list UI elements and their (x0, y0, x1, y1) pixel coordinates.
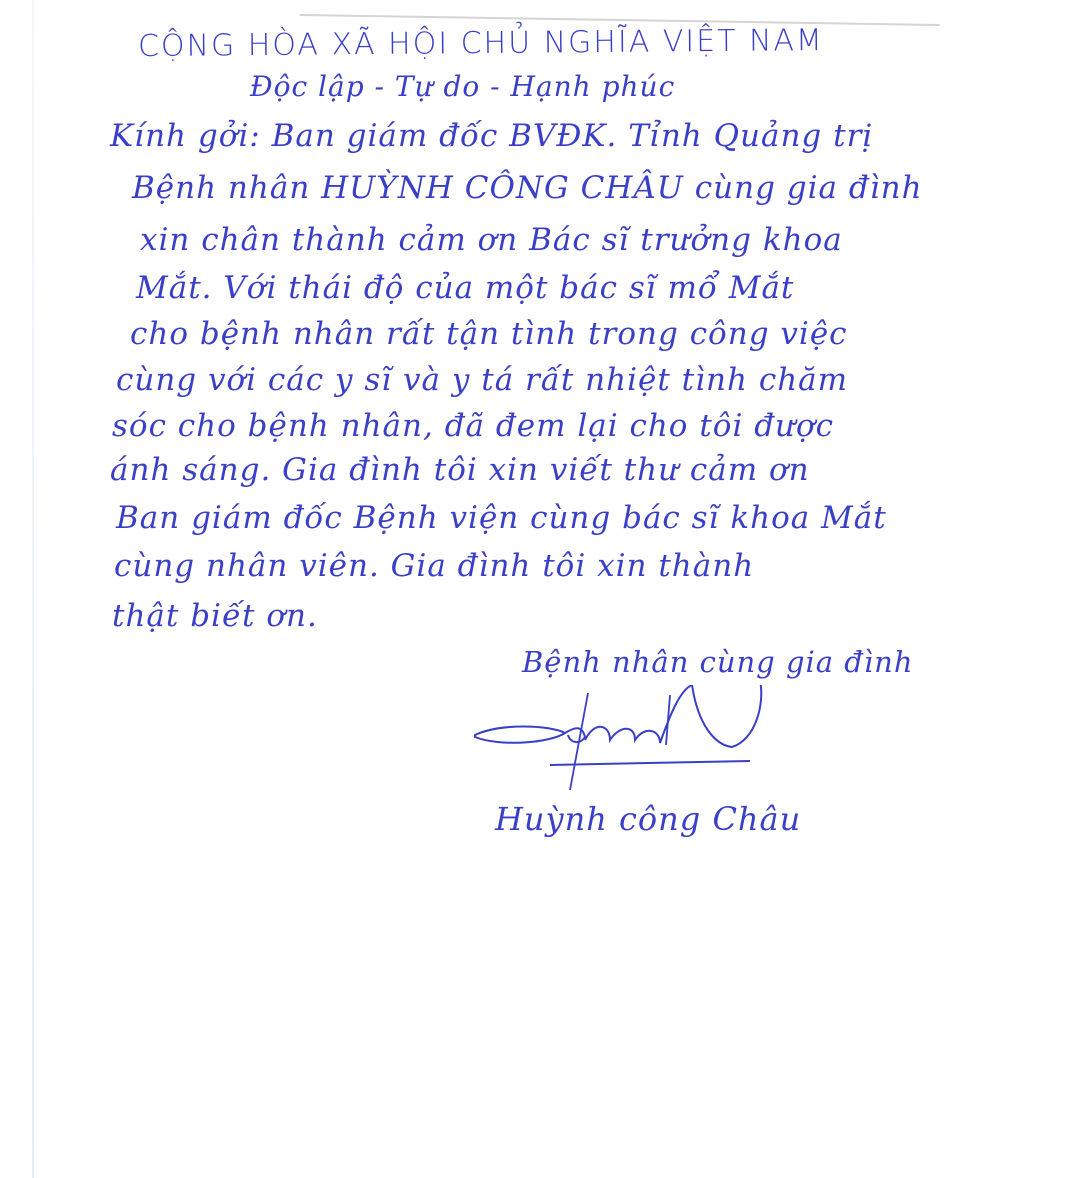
closing-line: Bệnh nhân cùng gia đình (522, 645, 914, 679)
signature-scribble (470, 685, 770, 795)
salutation: Kính gởi: Ban giám đốc BVĐK. Tỉnh Quảng … (110, 118, 873, 154)
body-line: sóc cho bệnh nhân, đã đem lại cho tôi đư… (112, 408, 834, 444)
national-motto: Độc lập - Tự do - Hạnh phúc (250, 70, 675, 103)
body-line: cùng với các y sĩ và y tá rất nhiệt tình… (116, 362, 848, 398)
body-line: xin chân thành cảm ơn Bác sĩ trưởng khoa (140, 222, 843, 258)
body-line: cùng nhân viên. Gia đình tôi xin thành (114, 548, 754, 584)
body-line: thật biết ơn. (112, 598, 318, 634)
body-line: Mắt. Với thái độ của một bác sĩ mổ Mắt (136, 270, 794, 306)
signer-name: Huỳnh công Châu (495, 800, 801, 838)
scan-edge-top (300, 0, 940, 26)
body-line: Bệnh nhân HUỲNH CÔNG CHÂU cùng gia đình (132, 170, 923, 206)
scanned-letter-page: CỘNG HÒA XÃ HỘI CHỦ NGHĨA VIỆT NAM Độc l… (0, 0, 1078, 1178)
body-line: Ban giám đốc Bệnh viện cùng bác sĩ khoa … (116, 500, 887, 536)
body-line: ánh sáng. Gia đình tôi xin viết thư cảm … (110, 452, 810, 488)
national-title: CỘNG HÒA XÃ HỘI CHỦ NGHĨA VIỆT NAM (138, 23, 824, 64)
scan-edge-left (32, 0, 34, 1178)
body-line: cho bệnh nhân rất tận tình trong công vi… (130, 316, 848, 352)
